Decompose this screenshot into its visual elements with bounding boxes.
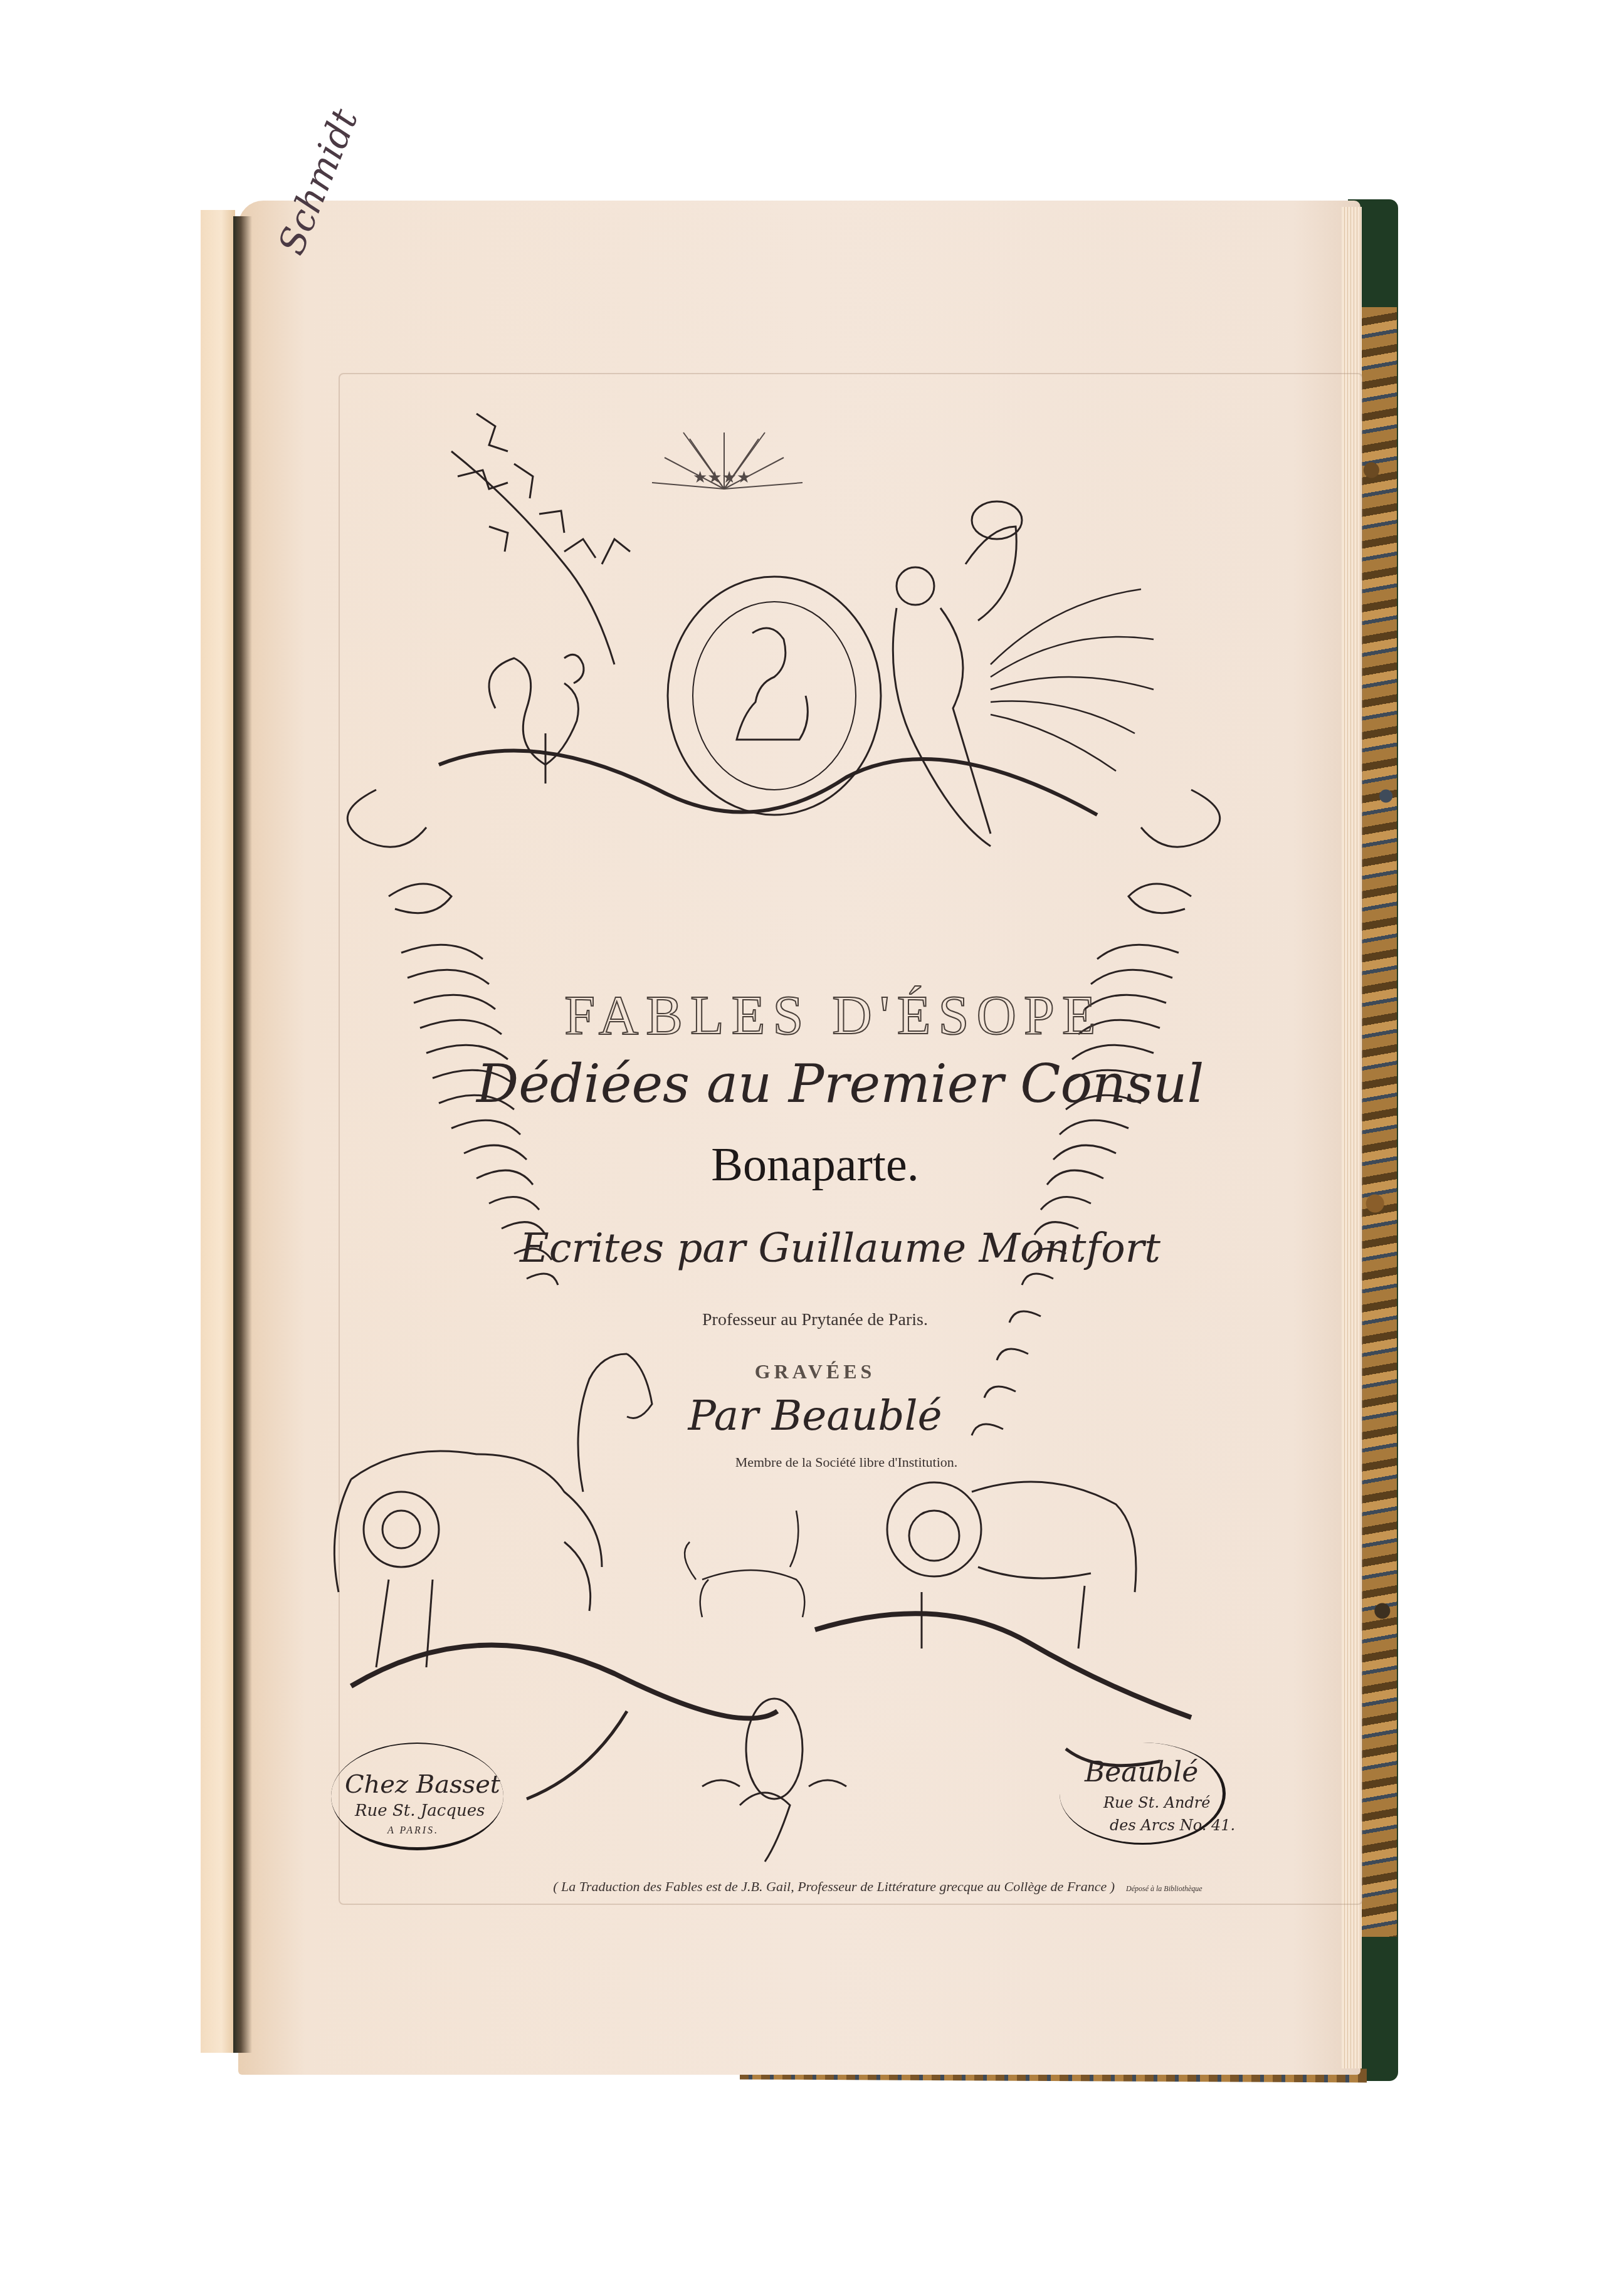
publisher-left-city: A PARIS. [387,1825,439,1837]
flyleaf-edge [201,210,235,2053]
engraved-label: GRAVÉES [658,1360,972,1383]
book-title: FABLES D'ÉSOPE [489,984,1179,1047]
publisher-right-name: Beaublé [1085,1756,1198,1788]
book-photo: Schmidt ★★★★ [0,0,1605,2296]
footnote-text: ( La Traduction des Fables est de J.B. G… [553,1879,1115,1894]
publisher-cartouche-right: Beaublé Rue St. André des Arcs No. 41. [1060,1743,1226,1845]
dedication-line: Dédiées au Premier Consul [476,1053,1204,1114]
engraver-title: Membre de la Société libre d'Institution… [627,1454,1066,1470]
marbled-board [1360,307,1397,1937]
engraver-line: Par Beaublé [596,1392,1034,1440]
author-line: Ecrites par Guillaume Montfort [476,1225,1204,1272]
publisher-right-street: Rue St. André [1103,1794,1211,1811]
dedicatee-name: Bonaparte. [564,1138,1066,1192]
publisher-left-name: Chez Basset [345,1770,500,1799]
author-title: Professeur au Prytanée de Paris. [596,1310,1034,1330]
publisher-left-street: Rue St. Jacques [355,1801,485,1820]
translation-footnote: ( La Traduction des Fables est de J.B. G… [439,1879,1317,1895]
publisher-right-address: des Arcs No. 41. [1110,1816,1235,1834]
deposit-note: Déposé à la Bibliothèque [1126,1884,1202,1893]
gutter-shadow [233,216,252,2053]
publisher-cartouche-left: Chez Basset Rue St. Jacques A PARIS. [331,1743,503,1850]
